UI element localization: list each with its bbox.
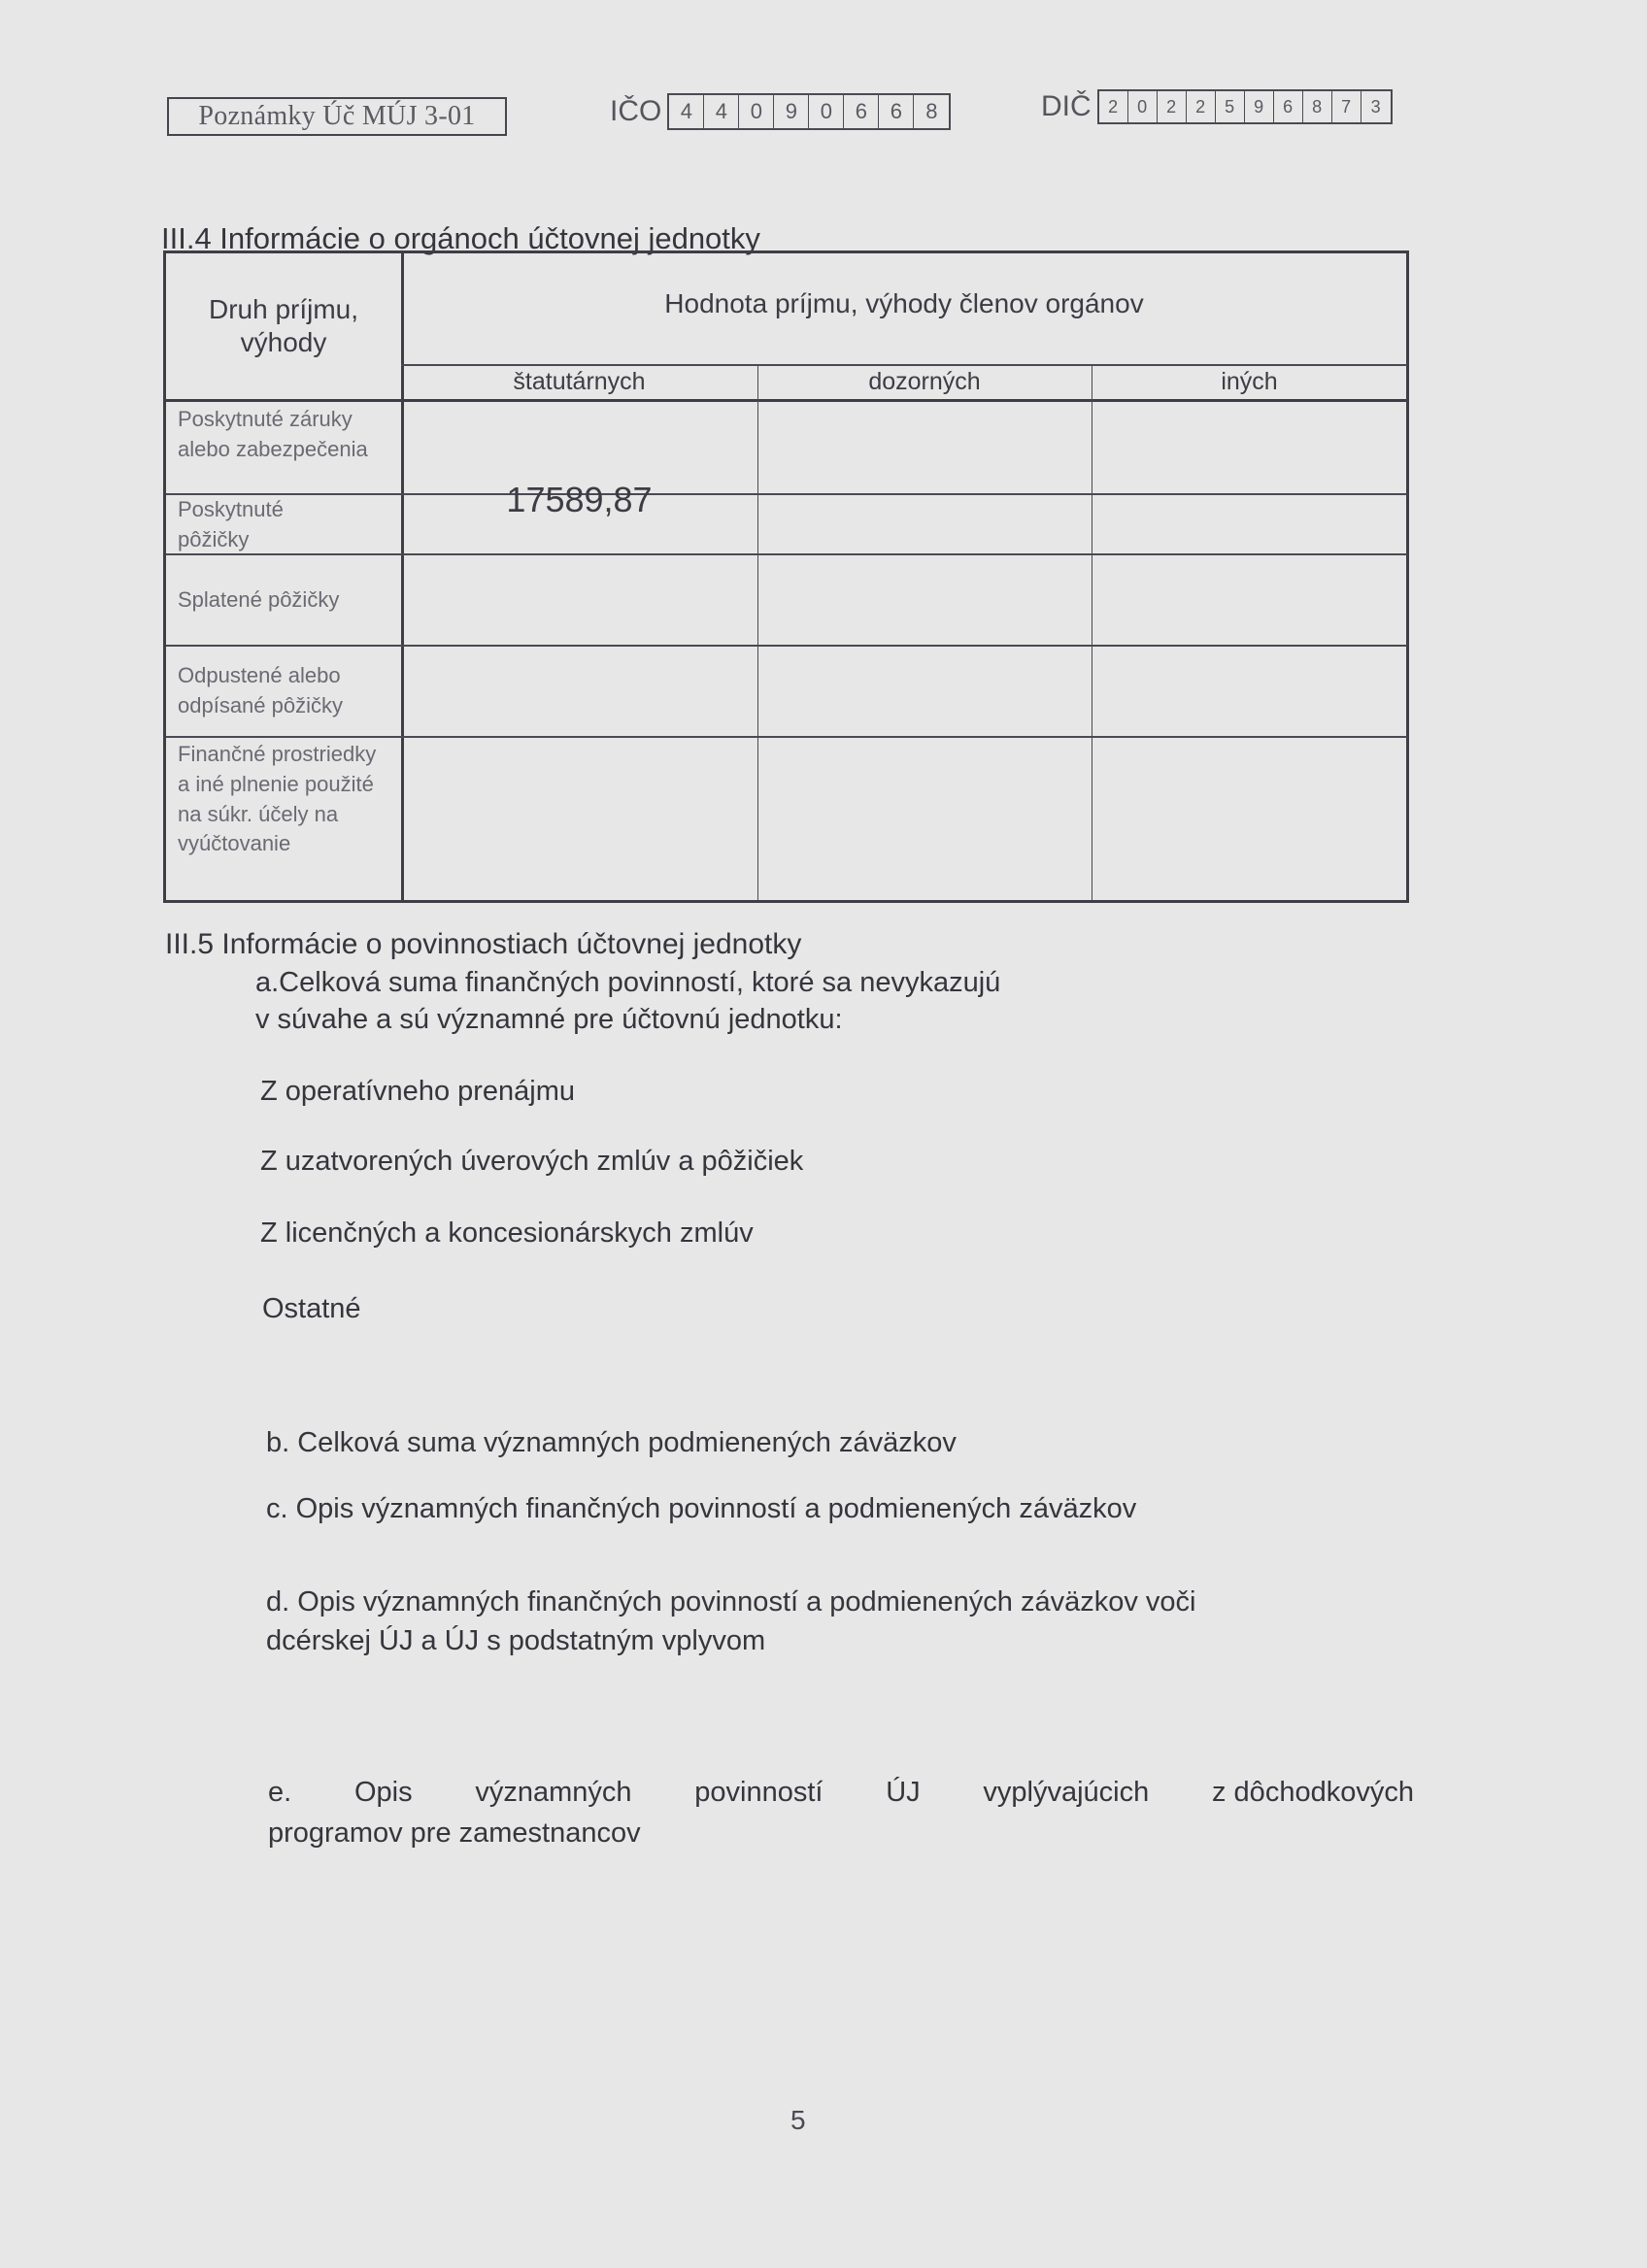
item-e-word: povinností <box>694 1777 823 1809</box>
item-e-word: z dôchodkových <box>1212 1777 1414 1809</box>
item-e-word: e. <box>268 1777 291 1809</box>
dic-digit: 2 <box>1187 91 1216 122</box>
dic-field: DIČ 2 0 2 2 5 9 6 8 7 3 <box>1041 89 1393 124</box>
form-code: Poznámky Úč MÚJ 3-01 <box>198 101 475 132</box>
row-label-text: Poskytnuté pôžičky <box>178 497 284 551</box>
ico-digit: 0 <box>739 95 774 128</box>
column-header-dozornych: dozorných <box>757 364 1092 399</box>
ico-digit: 4 <box>669 95 704 128</box>
table-row-label: Finančné prostriedky a iné plnenie použi… <box>166 738 391 898</box>
table-row-label: Splatené pôžičky <box>166 555 401 645</box>
row-header-cell: Druh príjmu, výhody <box>166 253 401 399</box>
table-row-label: Poskytnuté záruky alebo zabezpečenia <box>166 401 401 493</box>
dic-digit: 7 <box>1332 91 1361 122</box>
item-a-line2: v súvahe a sú významné pre účtovnú jedno… <box>255 1004 843 1036</box>
item-a-uverove-zmluvy: Z uzatvorených úverových zmlúv a pôžičie… <box>260 1146 803 1178</box>
item-a-licencne-zmluvy: Z licenčných a koncesionárskych zmlúv <box>260 1217 754 1250</box>
item-e-word: vyplývajúcich <box>983 1777 1149 1809</box>
dic-digit: 3 <box>1361 91 1391 122</box>
dic-label: DIČ <box>1041 90 1092 123</box>
item-e-word: Opis <box>354 1777 413 1809</box>
item-b: b. Celková suma významných podmienených … <box>266 1427 957 1459</box>
ico-field: IČO 4 4 0 9 0 6 6 8 <box>610 93 951 130</box>
row-label-text: Odpustené alebo odpísané pôžičky <box>178 661 395 721</box>
row-header: Druh príjmu, výhody <box>185 293 382 358</box>
value-text: 17589,87 <box>506 480 652 520</box>
dic-boxes: 2 0 2 2 5 9 6 8 7 3 <box>1097 89 1393 124</box>
page-number: 5 <box>790 2105 806 2136</box>
form-code-box: Poznámky Úč MÚJ 3-01 <box>167 97 507 136</box>
item-e-word: významných <box>475 1777 631 1809</box>
item-e-line2: programov pre zamestnancov <box>268 1818 641 1850</box>
dic-digit: 5 <box>1216 91 1245 122</box>
dic-digit: 2 <box>1099 91 1128 122</box>
ico-boxes: 4 4 0 9 0 6 6 8 <box>667 93 951 130</box>
row-label-text: Splatené pôžičky <box>178 585 339 616</box>
ico-digit: 6 <box>879 95 914 128</box>
value-cell-poskytnute-pozicky-statutarnych: 17589,87 <box>401 401 757 553</box>
dic-digit: 2 <box>1158 91 1187 122</box>
ico-digit: 8 <box>914 95 949 128</box>
dic-digit: 6 <box>1274 91 1303 122</box>
table-row-label: Odpustené alebo odpísané pôžičky <box>166 647 395 736</box>
column-divider <box>757 364 758 900</box>
item-d-line1: d. Opis významných finančných povinností… <box>266 1586 1196 1618</box>
item-a-operativny-prenajom: Z operatívneho prenájmu <box>260 1076 575 1108</box>
dic-digit: 8 <box>1303 91 1332 122</box>
group-header-cell: Hodnota príjmu, výhody členov orgánov <box>401 253 1407 364</box>
row-label-text: Finančné prostriedky a iné plnenie použi… <box>178 742 376 855</box>
ico-label: IČO <box>610 95 661 128</box>
dic-digit: 0 <box>1128 91 1158 122</box>
table-row-label: Poskytnuté pôžičky <box>166 495 360 553</box>
group-header: Hodnota príjmu, výhody členov orgánov <box>664 287 1143 320</box>
item-a-ostatne: Ostatné <box>262 1293 361 1325</box>
item-a-line1: a.Celková suma finančných povinností, kt… <box>255 967 1000 999</box>
ico-digit: 0 <box>809 95 844 128</box>
item-c: c. Opis významných finančných povinností… <box>266 1493 1136 1525</box>
dic-digit: 9 <box>1245 91 1274 122</box>
item-e-word: ÚJ <box>886 1777 920 1809</box>
ico-digit: 4 <box>704 95 739 128</box>
row-label-text: Poskytnuté záruky alebo zabezpečenia <box>178 407 368 461</box>
section-3-5-title: III.5 Informácie o povinnostiach účtovne… <box>165 928 801 961</box>
item-d-line2: dcérskej ÚJ a ÚJ s podstatným vplyvom <box>266 1625 765 1657</box>
column-header-statutarnych: štatutárnych <box>401 364 757 399</box>
column-divider <box>1092 364 1092 900</box>
organs-table: Druh príjmu, výhody Hodnota príjmu, výho… <box>163 250 1409 903</box>
column-header-label: štatutárnych <box>513 368 645 396</box>
ico-digit: 9 <box>774 95 809 128</box>
column-header-inych: iných <box>1092 364 1407 399</box>
column-header-label: dozorných <box>868 368 980 396</box>
item-e-line1: e. Opis významných povinností ÚJ vyplýva… <box>268 1777 1414 1809</box>
ico-digit: 6 <box>844 95 879 128</box>
column-header-label: iných <box>1221 368 1277 396</box>
